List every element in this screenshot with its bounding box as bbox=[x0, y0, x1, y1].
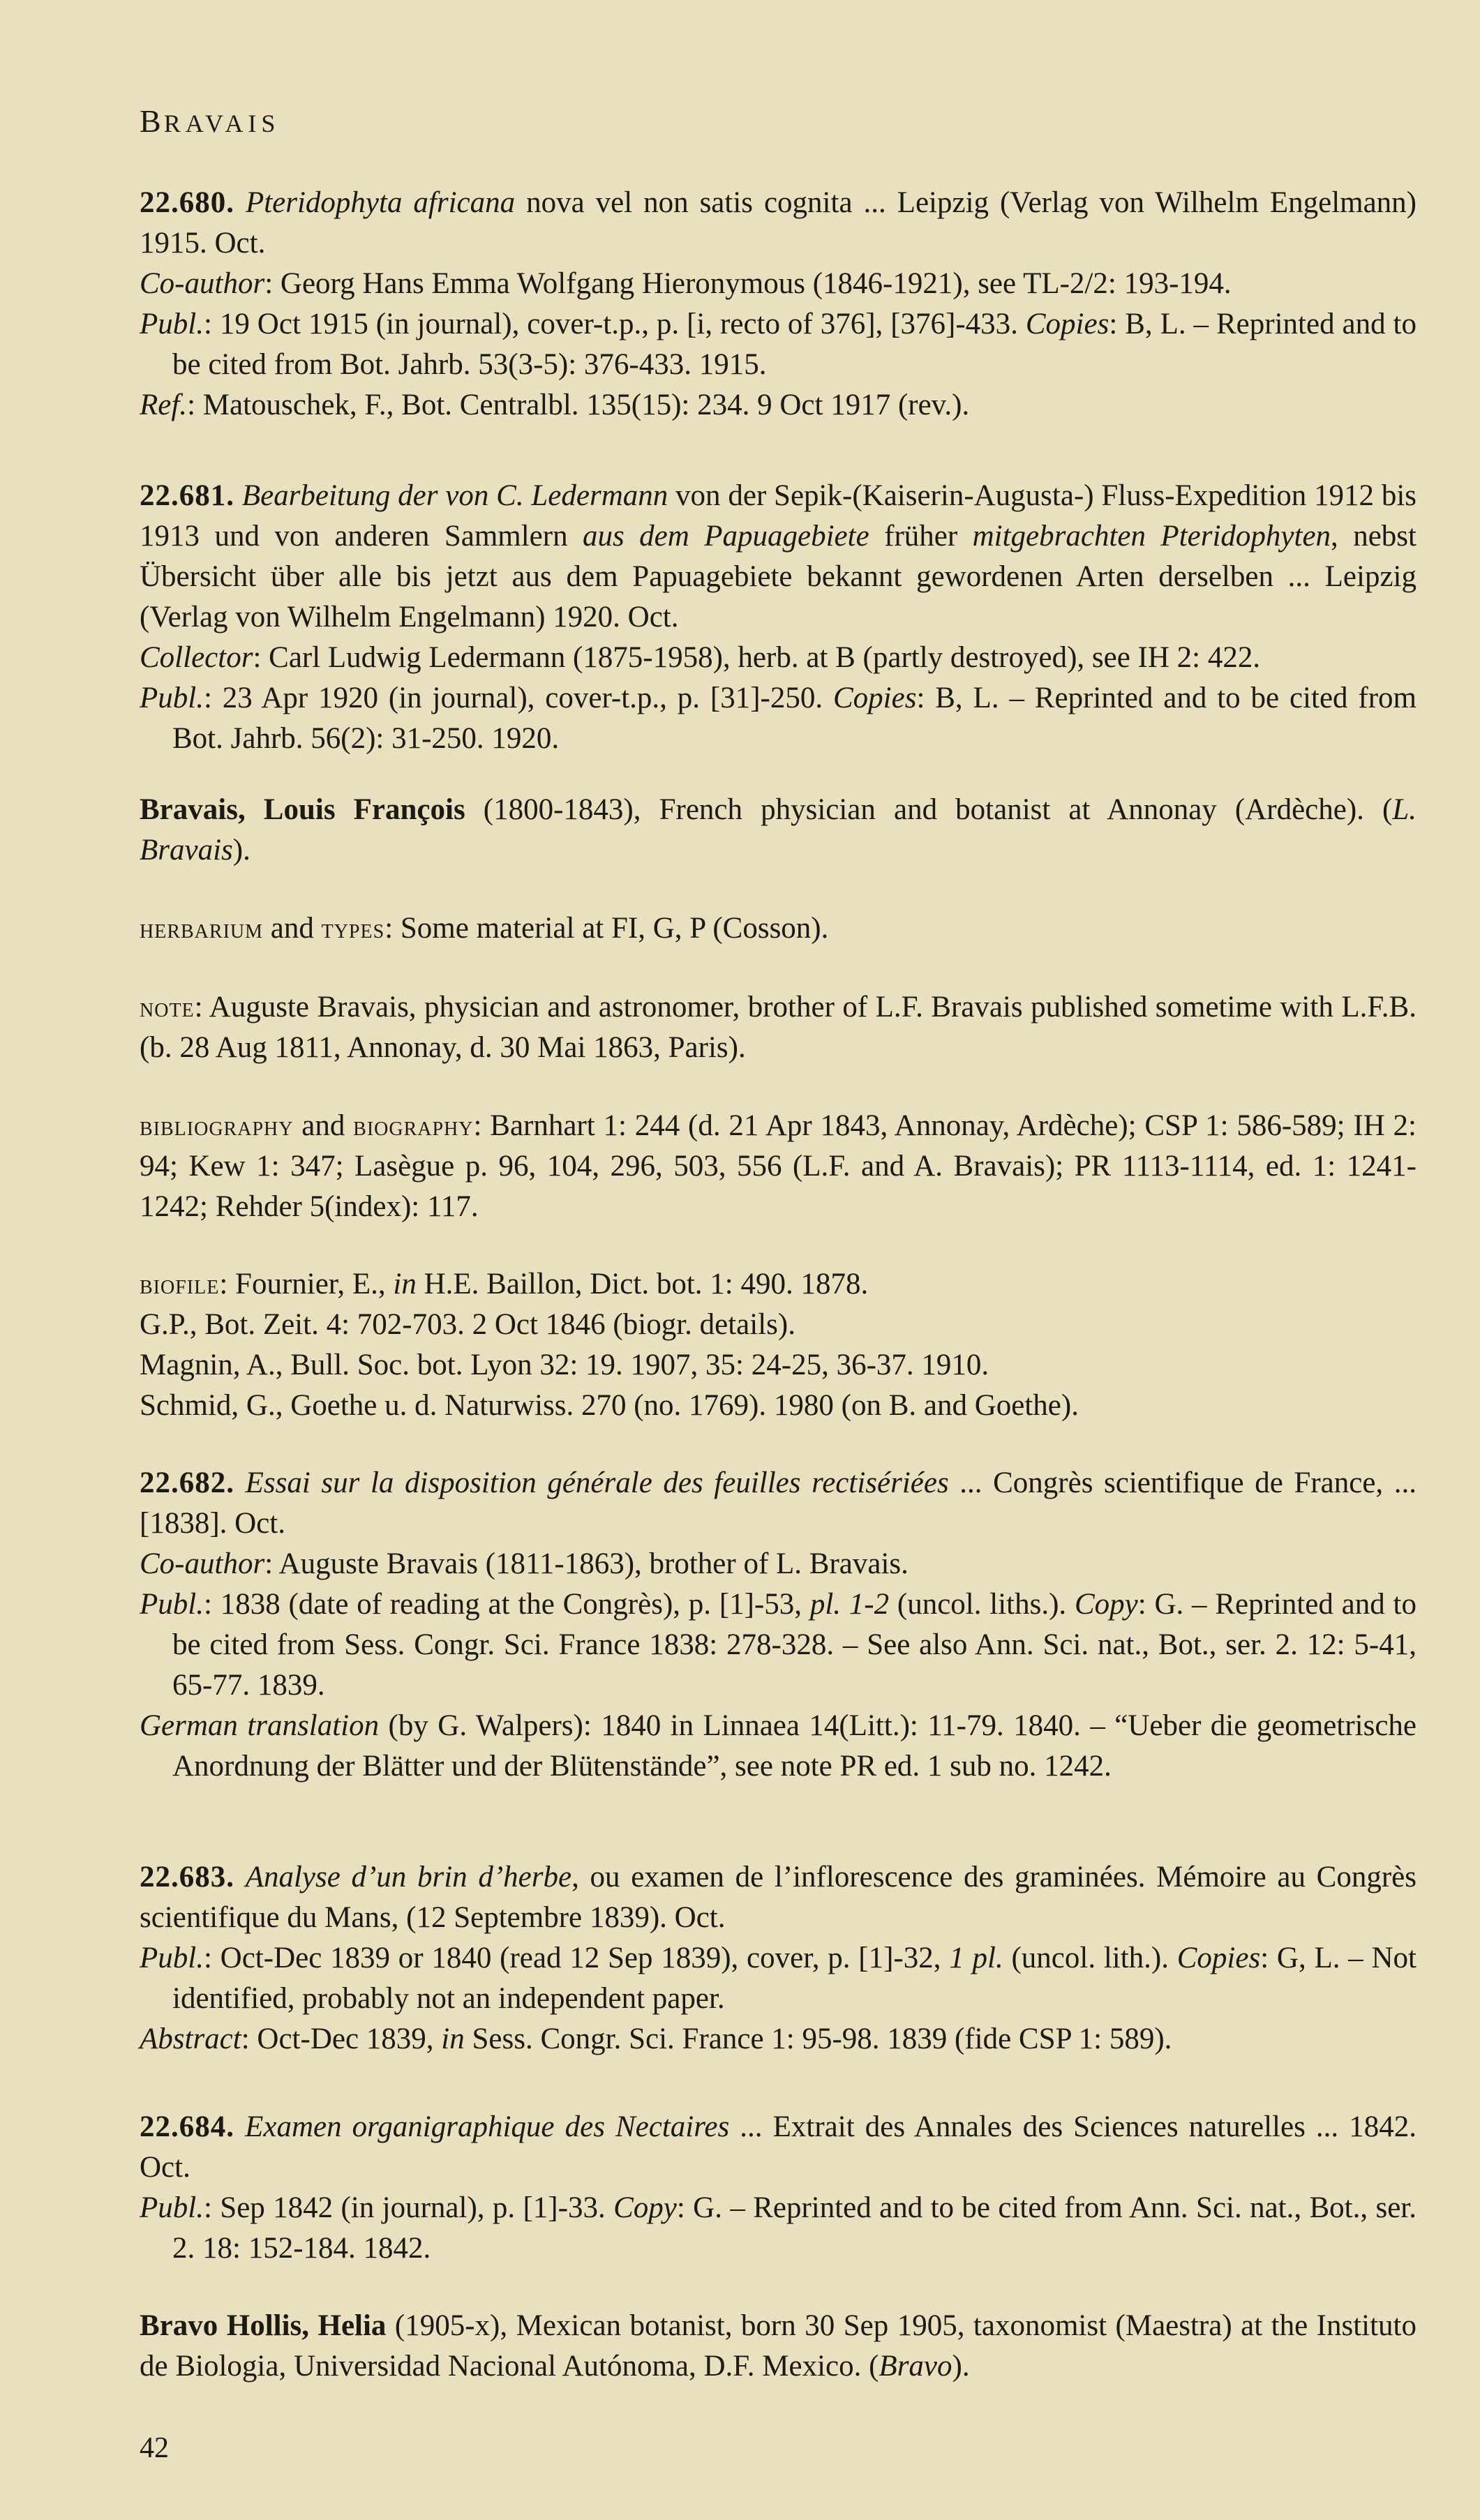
entry-22-680: 22.680. Pteridophyta africana nova vel n… bbox=[140, 183, 1417, 426]
entry-title-line: 22.683. Analyse d’un brin d’herbe, ou ex… bbox=[140, 1857, 1417, 1938]
page-number: 42 bbox=[140, 2428, 169, 2468]
publ-line: Publ.: Oct-Dec 1839 or 1840 (read 12 Sep… bbox=[140, 1938, 1417, 2019]
entry-22-683: 22.683. Analyse d’un brin d’herbe, ou ex… bbox=[140, 1857, 1417, 2060]
bibliography-section: Bibliography and Biography: Barnhart 1: … bbox=[140, 1106, 1417, 1227]
collector-line: Collector: Carl Ludwig Ledermann (1875-1… bbox=[140, 638, 1417, 678]
biofile-section: Biofile: Fournier, E., in H.E. Baillon, … bbox=[140, 1264, 1417, 1426]
herbarium-section: Herbarium and Types: Some material at FI… bbox=[140, 908, 1417, 949]
translation-line: German translation (by G. Walpers): 1840… bbox=[140, 1706, 1417, 1787]
entry-title-line: 22.682. Essai sur la disposition général… bbox=[140, 1463, 1417, 1544]
author-heading-bravo-hollis: Bravo Hollis, Helia (1905-x), Mexican bo… bbox=[140, 2306, 1417, 2387]
publ-line: Publ.: 19 Oct 1915 (in journal), cover-t… bbox=[140, 304, 1417, 385]
running-head: BRAVAIS bbox=[140, 101, 280, 144]
publ-line: Publ.: Sep 1842 (in journal), p. [1]-33.… bbox=[140, 2188, 1417, 2269]
entry-title-line: 22.680. Pteridophyta africana nova vel n… bbox=[140, 183, 1417, 264]
publ-line: Publ.: 1838 (date of reading at the Cong… bbox=[140, 1584, 1417, 1706]
note-section: Note: Auguste Bravais, physician and ast… bbox=[140, 987, 1417, 1068]
entry-22-682: 22.682. Essai sur la disposition général… bbox=[140, 1463, 1417, 1787]
entry-22-684: 22.684. Examen organigraphique des Necta… bbox=[140, 2107, 1417, 2269]
ref-line: Ref.: Matouschek, F., Bot. Centralbl. 13… bbox=[140, 385, 1417, 426]
entry-title-line: 22.684. Examen organigraphique des Necta… bbox=[140, 2107, 1417, 2188]
entry-title-line: 22.681. Bearbeitung der von C. Ledermann… bbox=[140, 476, 1417, 638]
coauthor-line: Co-author: Auguste Bravais (1811-1863), … bbox=[140, 1544, 1417, 1584]
author-heading-bravais: Bravais, Louis François (1800-1843), Fre… bbox=[140, 790, 1417, 871]
coauthor-line: Co-author: Georg Hans Emma Wolfgang Hier… bbox=[140, 264, 1417, 304]
abstract-line: Abstract: Oct-Dec 1839, in Sess. Congr. … bbox=[140, 2019, 1417, 2060]
publ-line: Publ.: 23 Apr 1920 (in journal), cover-t… bbox=[140, 678, 1417, 759]
entry-22-681: 22.681. Bearbeitung der von C. Ledermann… bbox=[140, 476, 1417, 759]
